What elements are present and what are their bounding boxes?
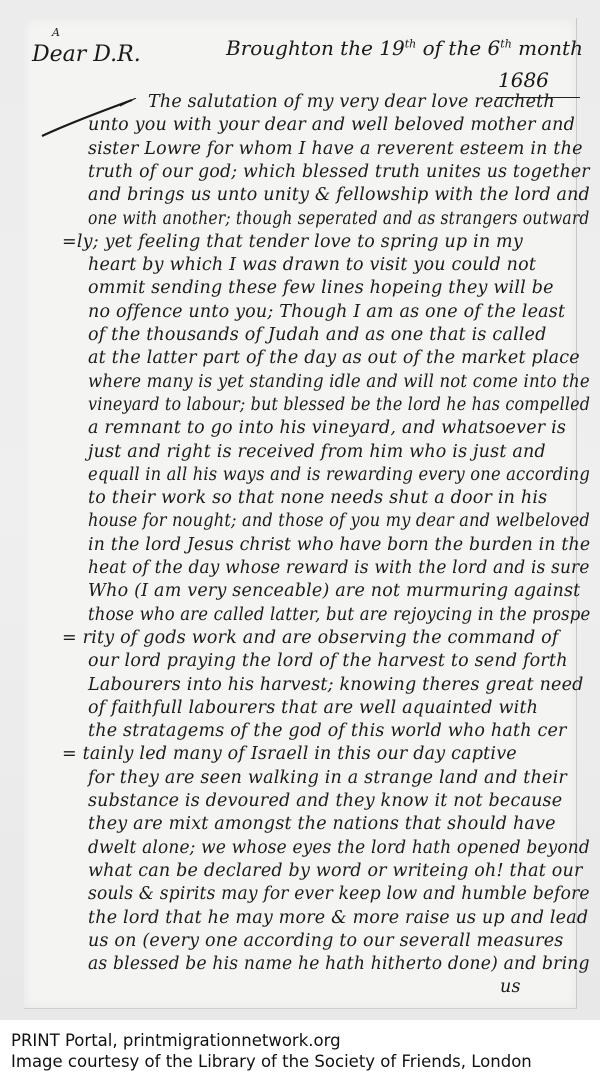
caption-source: PRINT Portal, printmigrationnetwork.org — [11, 1030, 532, 1051]
manuscript-line: they are mixt amongst the nations that s… — [88, 814, 556, 834]
manuscript-line: one with another; though seperated and a… — [88, 209, 590, 229]
manuscript-line: Labourers into his harvest; knowing ther… — [88, 675, 584, 695]
salutation-superscript: A — [52, 26, 60, 39]
caption-credit: Image courtesy of the Library of the Soc… — [11, 1051, 532, 1072]
manuscript-line: heat of the day whose reward is with the… — [88, 558, 590, 578]
manuscript-line: heart by which I was drawn to visit you … — [88, 255, 536, 275]
manuscript-line: where many is yet standing idle and will… — [88, 372, 590, 392]
manuscript-line: = rity of gods work and are observing th… — [62, 628, 559, 648]
letter-salutation: Dear D.R. — [32, 42, 141, 67]
manuscript-line: dwelt alone; we whose eyes the lord hath… — [88, 838, 590, 858]
letter-year: 1686 — [498, 68, 549, 92]
manuscript-line: those who are called latter, but are rej… — [88, 605, 590, 625]
manuscript-line: truth of our god; which blessed truth un… — [88, 162, 590, 182]
manuscript-line: to their work so that none needs shut a … — [88, 488, 547, 508]
manuscript-line: for they are seen walking in a strange l… — [88, 768, 567, 788]
manuscript-line: us — [500, 977, 521, 997]
manuscript-line: souls & spirits may for ever keep low an… — [88, 884, 590, 904]
manuscript-line: of faithfull labourers that are well aqu… — [88, 698, 538, 718]
manuscript-line: our lord praying the lord of the harvest… — [88, 651, 568, 671]
manuscript-line: Who (I am very senceable) are not murmur… — [88, 581, 580, 601]
manuscript-line: =ly; yet feeling that tender love to spr… — [62, 232, 523, 252]
image-caption: PRINT Portal, printmigrationnetwork.org … — [11, 1030, 532, 1072]
manuscript-line: the lord that he may more & more raise u… — [88, 908, 588, 928]
date-month: 6 — [488, 36, 501, 60]
manuscript-line: at the latter part of the day as out of … — [88, 348, 580, 368]
manuscript-line: and brings us unto unity & fellowship wi… — [88, 185, 590, 205]
manuscript-line: house for nought; and those of you my de… — [88, 511, 590, 531]
manuscript-line: of the thousands of Judah and as one tha… — [88, 325, 547, 345]
manuscript-line: ommit sending these few lines hopeing th… — [88, 278, 554, 298]
manuscript-line: substance is devoured and they know it n… — [88, 791, 562, 811]
manuscript-line: equall in all his ways and is rewarding … — [88, 465, 590, 485]
manuscript-line: what can be declared by word or writeing… — [88, 861, 583, 881]
letter-dateline: Broughton the 19th of the 6th month — [226, 36, 583, 60]
manuscript-line: in the lord Jesus christ who have born t… — [88, 535, 590, 555]
manuscript-line: as blessed be his name he hath hitherto … — [88, 954, 590, 974]
manuscript-line: The salutation of my very dear love reac… — [148, 92, 555, 112]
manuscript-line: no offence unto you; Though I am as one … — [88, 302, 565, 322]
manuscript-line: a remnant to go into his vineyard, and w… — [88, 418, 566, 438]
date-day: 19 — [379, 36, 404, 60]
manuscript-line: = tainly led many of Israell in this our… — [62, 744, 517, 764]
manuscript-line: just and right is received from him who … — [88, 442, 546, 462]
manuscript-line: vineyard to labour; but blessed be the l… — [88, 395, 590, 415]
manuscript-line: sister Lowre for whom I have a reverent … — [88, 139, 583, 159]
manuscript-scan: A Dear D.R. Broughton the 19th of the 6t… — [0, 0, 600, 1020]
manuscript-line: us on (every one according to our severa… — [88, 931, 563, 951]
manuscript-line: the stratagems of the god of this world … — [88, 721, 567, 741]
manuscript-line: unto you with your dear and well beloved… — [88, 115, 575, 135]
letter-place: Broughton — [226, 36, 334, 60]
